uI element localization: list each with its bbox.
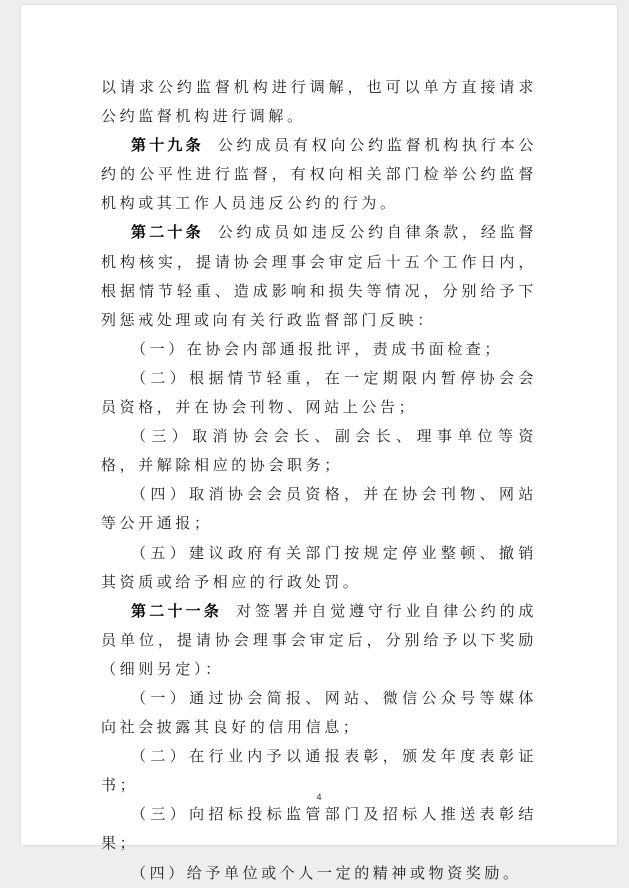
list-item-text: （三）向招标投标监管部门及招标人推送表彰结果； [101,805,537,836]
list-item-text: （二）根据情节轻重，在一定期限内暂停协会会员资格，并在协会刊物、网站上公告； [101,369,537,416]
article-number: 第二十条 [131,223,204,241]
paragraph-text: 以请求公约监督机构进行调解，也可以单方直接请求公约监督机构进行调解。 [101,78,537,125]
list-item: （五）建议政府有关部门按规定停业整顿、撤销其资质或给予相应的行政处罚。 [101,539,537,597]
list-item: （三）取消协会会长、副会长、理事单位等资格，并解除相应的协会职务； [101,422,537,480]
list-item-text: （一）在协会内部通报批评，责成书面检查； [131,340,503,358]
list-item: （四）取消协会会员资格，并在协会刊物、网站等公开通报； [101,480,537,538]
page-number: 4 [21,792,617,802]
list-item: （二）根据情节轻重，在一定期限内暂停协会会员资格，并在协会刊物、网站上公告； [101,364,537,422]
list-item: （一）在协会内部通报批评，责成书面检查； [101,335,537,364]
list-item: （三）向招标投标监管部门及招标人推送表彰结果； [101,800,537,836]
list-item-text: （二）在行业内予以通报表彰，颁发年度表彰证书； [101,747,537,794]
article-20: 第二十条公约成员如违反公约自律条款，经监督机构核实，提请协会理事会审定后十五个工… [101,218,537,334]
list-item-text: （四）取消协会会员资格，并在协会刊物、网站等公开通报； [101,485,537,532]
article-number: 第二十一条 [131,602,222,620]
article-19: 第十九条公约成员有权向公约监督机构执行本公约的公平性进行监督，有权向相关部门检举… [101,131,537,218]
list-item: （一）通过协会简报、网站、微信公众号等媒体向社会披露其良好的信用信息； [101,684,537,742]
document-body: 以请求公约监督机构进行调解，也可以单方直接请求公约监督机构进行调解。 第十九条公… [101,73,537,836]
continuation-paragraph: 以请求公约监督机构进行调解，也可以单方直接请求公约监督机构进行调解。 [101,73,537,131]
document-page: 以请求公约监督机构进行调解，也可以单方直接请求公约监督机构进行调解。 第十九条公… [21,5,617,836]
article-21: 第二十一条对签署并自觉遵守行业自律公约的成员单位，提请协会理事会审定后，分别给予… [101,597,537,684]
list-item-text: （一）通过协会简报、网站、微信公众号等媒体向社会披露其良好的信用信息； [101,689,537,736]
list-item-text: （五）建议政府有关部门按规定停业整顿、撤销其资质或给予相应的行政处罚。 [101,544,537,591]
article-number: 第十九条 [131,136,204,154]
list-item-text: （三）取消协会会长、副会长、理事单位等资格，并解除相应的协会职务； [101,427,537,474]
